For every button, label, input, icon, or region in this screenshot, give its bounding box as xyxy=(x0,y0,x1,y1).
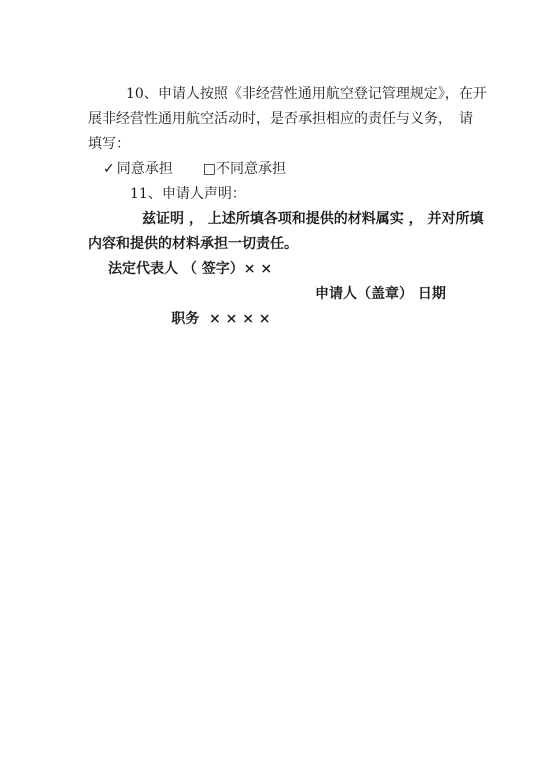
document-content: 10、申请人按照《非经营性通用航空登记管理规定》，在开 展非经营性通用航空活动时… xyxy=(88,82,454,307)
declaration-line-2: 内容和提供的材料承担一切责任。 xyxy=(88,232,454,257)
option-agree-label: 同意承担 xyxy=(117,157,173,182)
applicant-seal-date-field: 申请人（盖章） 日期 xyxy=(315,282,446,307)
item10-line-3: 填写： xyxy=(88,132,454,157)
empty-checkbox-icon: □ xyxy=(203,157,216,182)
item10-line-1: 10、申请人按照《非经营性通用航空登记管理规定》，在开 xyxy=(88,82,454,107)
legal-representative-signature-line: 法定代表人 （ 签字）× × xyxy=(88,257,454,282)
check-mark-icon: ✓ xyxy=(103,157,115,182)
option-disagree-checkbox[interactable]: □不同意承担 xyxy=(203,157,286,182)
item10-line-2: 展非经营性通用航空活动时，是否承担相应的责任与义务， 请 xyxy=(88,107,454,132)
position-field: 职务 × × × × xyxy=(171,311,270,327)
option-disagree-label: 不同意承担 xyxy=(216,157,286,182)
agreement-options-row: ✓同意承担 □不同意承担 xyxy=(88,157,454,182)
item11-heading: 11、申请人声明： xyxy=(88,182,454,207)
document-page: 10、申请人按照《非经营性通用航空登记管理规定》，在开 展非经营性通用航空活动时… xyxy=(0,0,543,768)
signature-row: 职务 × × × × 申请人（盖章） 日期 xyxy=(88,282,454,307)
option-agree-checkbox[interactable]: ✓同意承担 xyxy=(103,157,173,182)
declaration-line-1: 兹证明 ， 上述所填各项和提供的材料属实 ， 并对所填 xyxy=(88,207,454,232)
